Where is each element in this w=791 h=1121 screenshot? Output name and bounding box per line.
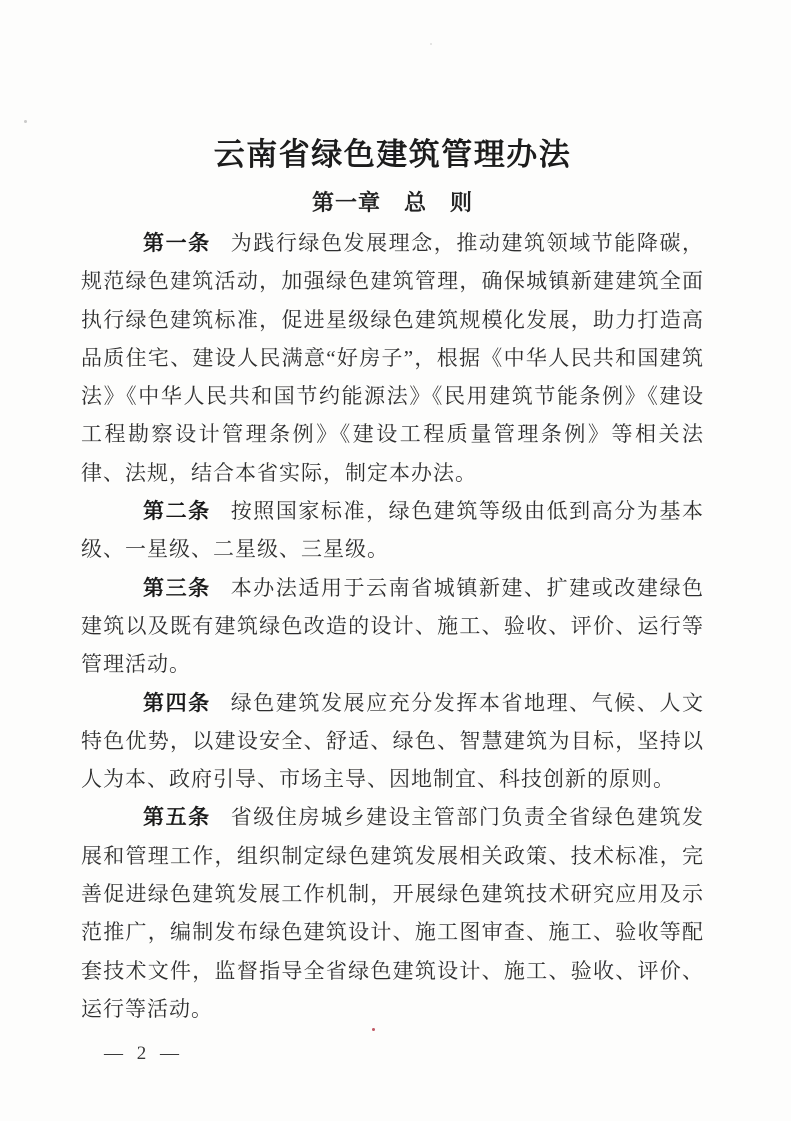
scan-speck (430, 43, 432, 45)
article-paragraph: 第三条本办法适用于云南省城镇新建、扩建或改建绿色建筑以及既有建筑绿色改造的设计、… (81, 569, 704, 684)
document-body: 第一条为践行绿色发展理念，推动建筑领域节能降碳，规范绿色建筑活动，加强绿色建筑管… (81, 224, 704, 1028)
article-paragraph: 第四条绿色建筑发展应充分发挥本省地理、气候、人文特色优势，以建设安全、舒适、绿色… (81, 684, 704, 799)
scan-speck (24, 120, 27, 123)
document-content: 云南省绿色建筑管理办法 第一章 总 则 第一条为践行绿色发展理念，推动建筑领域节… (81, 0, 704, 1028)
article-paragraph: 第一条为践行绿色发展理念，推动建筑领域节能降碳，规范绿色建筑活动，加强绿色建筑管… (81, 224, 704, 492)
article-number-label: 第四条 (143, 691, 211, 715)
article-number-label: 第一条 (143, 231, 211, 255)
scanned-document-page: 云南省绿色建筑管理办法 第一章 总 则 第一条为践行绿色发展理念，推动建筑领域节… (0, 0, 791, 1121)
chapter-heading: 第一章 总 则 (81, 188, 704, 218)
article-number-label: 第三条 (143, 576, 211, 600)
article-text: 省级住房城乡建设主管部门负责全省绿色建筑发展和管理工作，组织制定绿色建筑发展相关… (81, 805, 704, 1020)
article-number-label: 第二条 (143, 499, 211, 523)
scan-speck-red (372, 1028, 375, 1031)
article-number-label: 第五条 (143, 805, 211, 829)
article-paragraph: 第五条省级住房城乡建设主管部门负责全省绿色建筑发展和管理工作，组织制定绿色建筑发… (81, 798, 704, 1028)
article-text: 为践行绿色发展理念，推动建筑领域节能降碳，规范绿色建筑活动，加强绿色建筑管理，确… (81, 231, 704, 485)
page-number: — 2 — (104, 1041, 182, 1067)
article-paragraph: 第二条按照国家标准，绿色建筑等级由低到高分为基本级、一星级、二星级、三星级。 (81, 492, 704, 569)
document-title: 云南省绿色建筑管理办法 (81, 134, 704, 176)
